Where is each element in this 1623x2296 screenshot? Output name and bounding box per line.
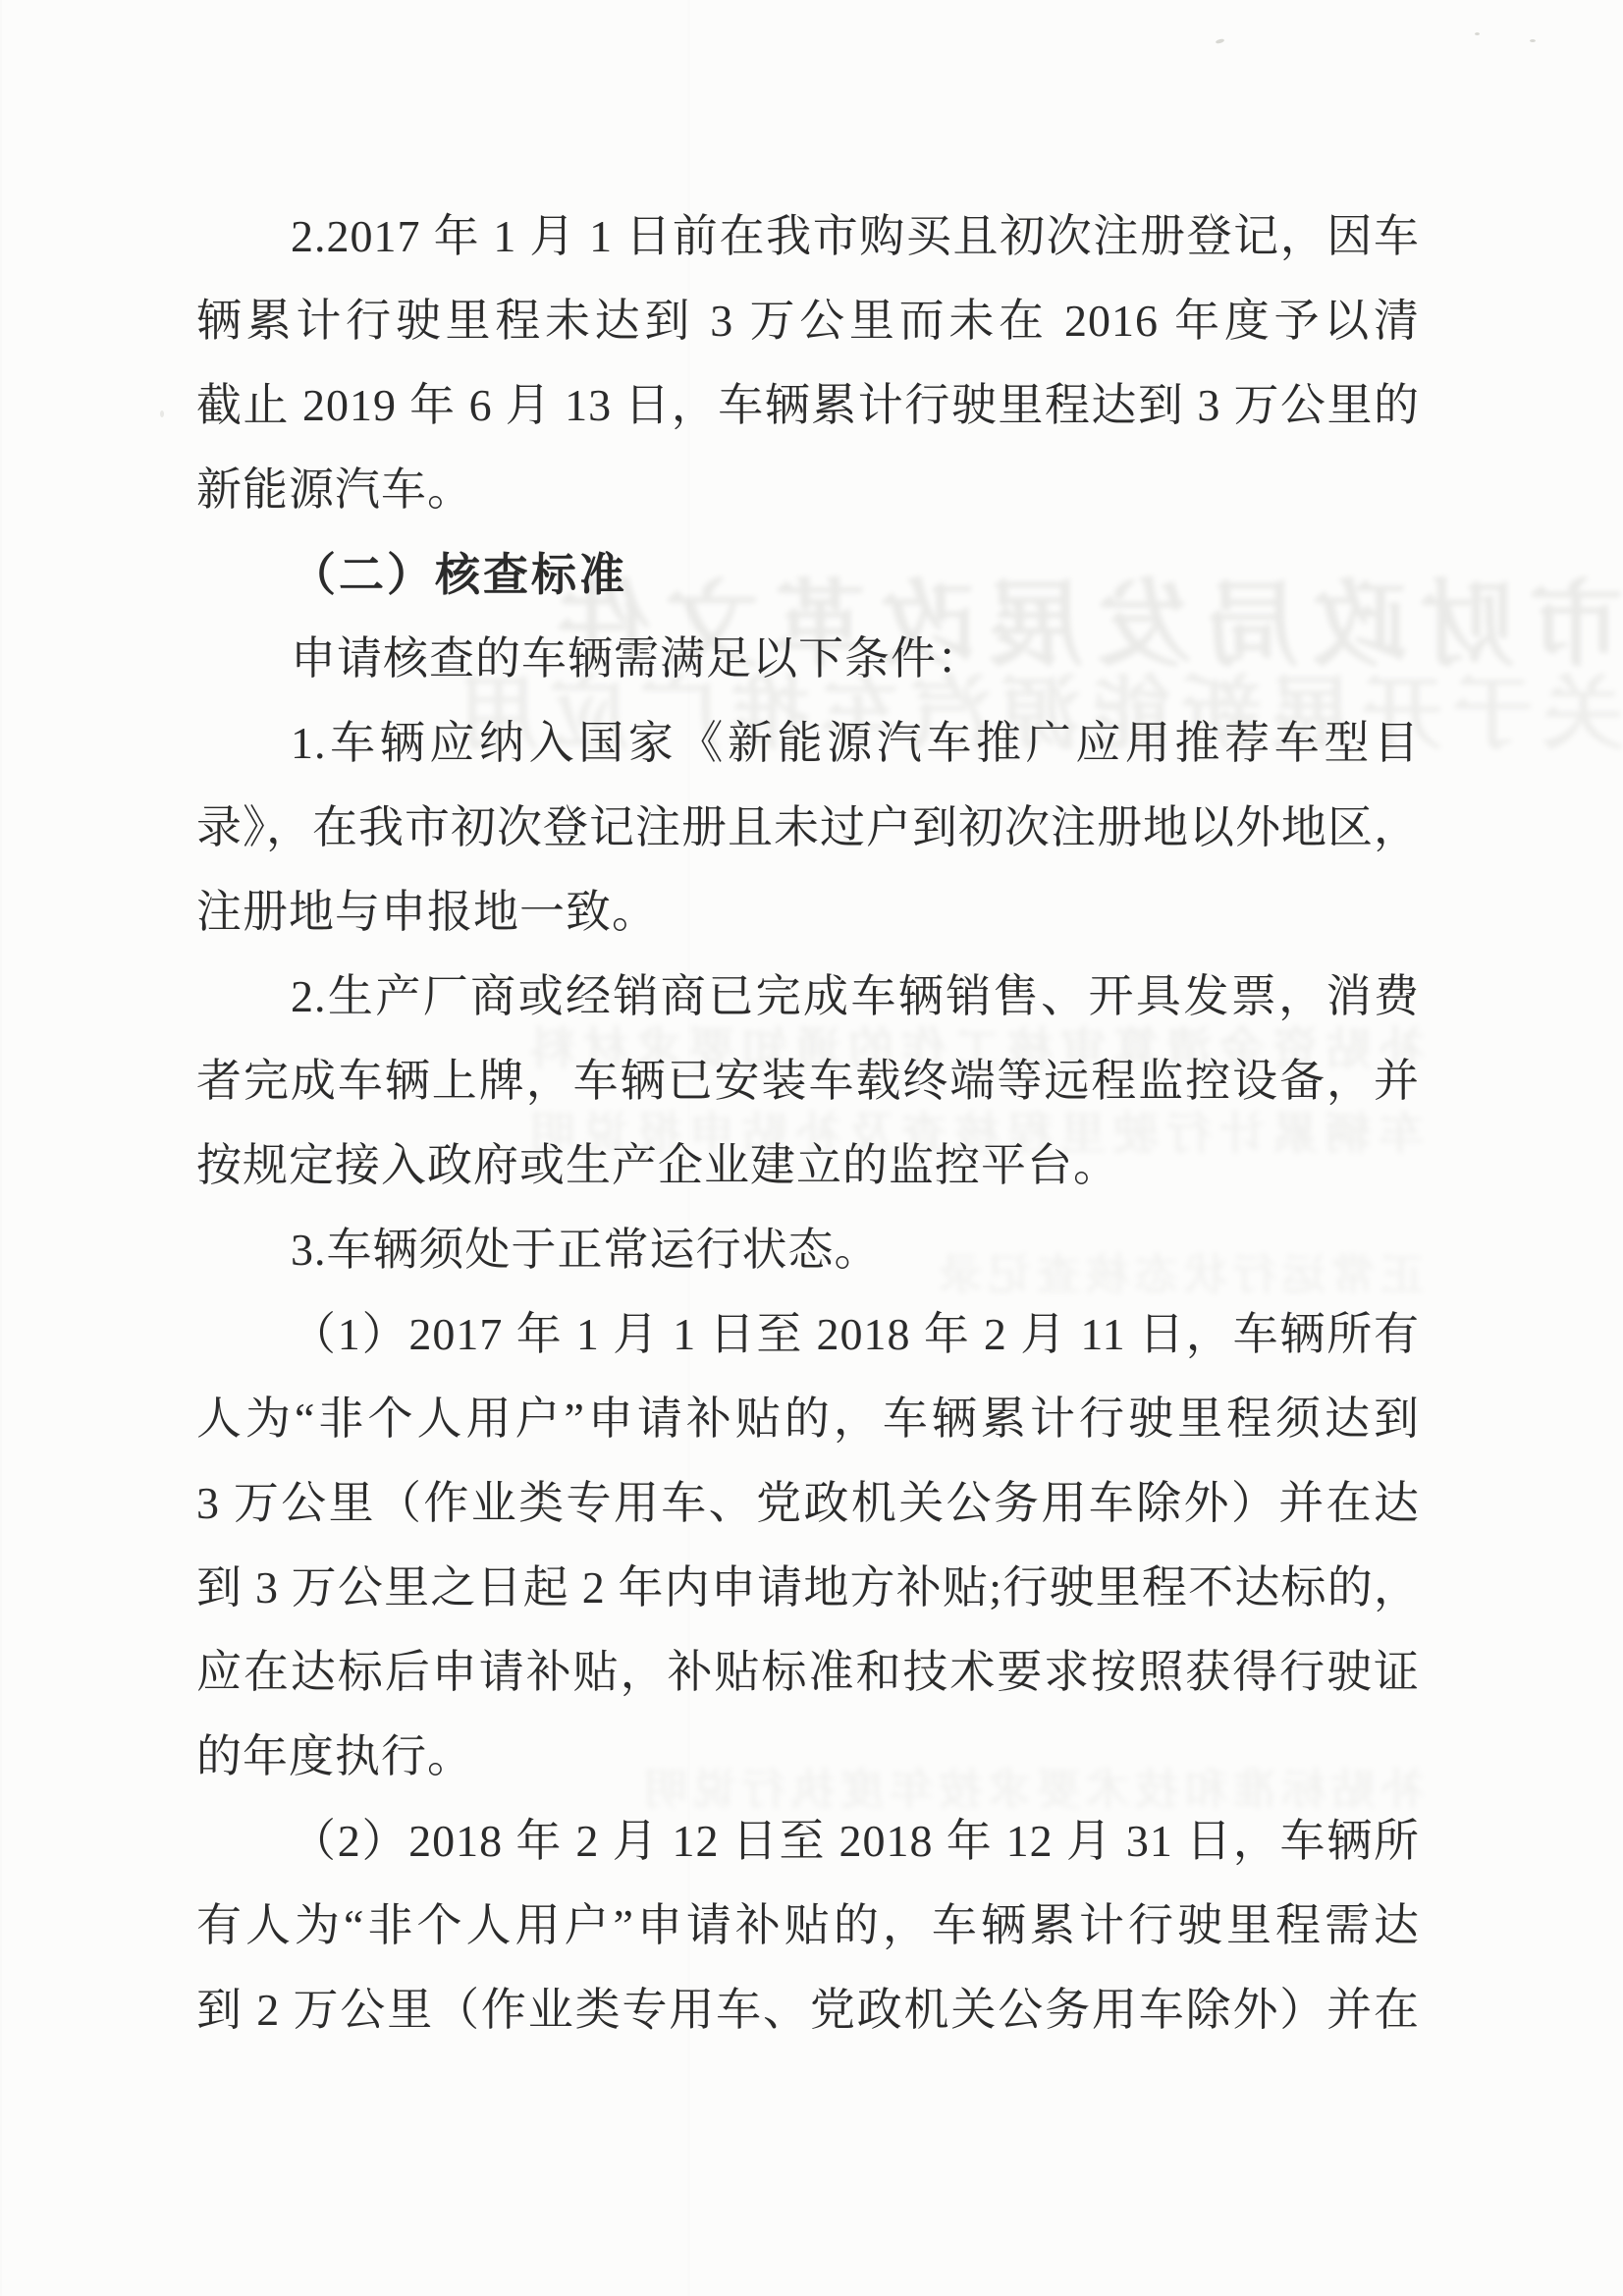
text-line: 有人为“非个人用户”申请补贴的，车辆累计行驶里程需达: [196, 1884, 1420, 1968]
document-page: 市财政局发展改革文件 关于开展新能源汽车推广应用 补贴资金清算审核工作的通知要求…: [0, 0, 1623, 2296]
scan-speck: [1216, 38, 1225, 44]
text-line: 2.2017 年 1 月 1 日前在我市购买且初次注册登记，因车: [196, 194, 1420, 279]
text-line: 辆累计行驶里程未达到 3 万公里而未在 2016 年度予以清算，: [196, 279, 1420, 363]
text-line: 的年度执行。: [196, 1715, 1420, 1799]
document-body: 2.2017 年 1 月 1 日前在我市购买且初次注册登记，因车 辆累计行驶里程…: [196, 194, 1420, 2052]
text-line: 录》，在我市初次登记注册且未过户到初次注册地以外地区，: [196, 786, 1420, 870]
text-line: 到 3 万公里之日起 2 年内申请地方补贴;行驶里程不达标的，: [196, 1546, 1420, 1630]
text-line: （2）2018 年 2 月 12 日至 2018 年 12 月 31 日，车辆所: [196, 1799, 1420, 1884]
text-line: 应在达标后申请补贴，补贴标准和技术要求按照获得行驶证: [196, 1630, 1420, 1715]
text-line: 2.生产厂商或经销商已完成车辆销售、开具发票，消费: [196, 955, 1420, 1039]
text-line: 新能源汽车。: [196, 448, 1420, 532]
text-line: 截止 2019 年 6 月 13 日，车辆累计行驶里程达到 3 万公里的: [196, 363, 1420, 448]
text-line: 到 2 万公里（作业类专用车、党政机关公务用车除外）并在: [196, 1968, 1420, 2052]
text-line: 1.车辆应纳入国家《新能源汽车推广应用推荐车型目: [196, 701, 1420, 786]
section-heading: （二）核查标准: [196, 532, 1420, 617]
scan-speck: [1530, 39, 1536, 42]
text-line: 注册地与申报地一致。: [196, 870, 1420, 955]
text-line: 人为“非个人用户”申请补贴的，车辆累计行驶里程须达到: [196, 1377, 1420, 1461]
text-line: （1）2017 年 1 月 1 日至 2018 年 2 月 11 日，车辆所有: [196, 1292, 1420, 1377]
text-line: 申请核查的车辆需满足以下条件：: [196, 617, 1420, 701]
text-line: 3 万公里（作业类专用车、党政机关公务用车除外）并在达: [196, 1461, 1420, 1546]
text-line: 者完成车辆上牌，车辆已安装车载终端等远程监控设备，并: [196, 1039, 1420, 1123]
text-line: 3.车辆须处于正常运行状态。: [196, 1208, 1420, 1292]
scan-speck: [1475, 32, 1480, 35]
scan-speck: [160, 410, 164, 417]
text-line: 按规定接入政府或生产企业建立的监控平台。: [196, 1123, 1420, 1208]
